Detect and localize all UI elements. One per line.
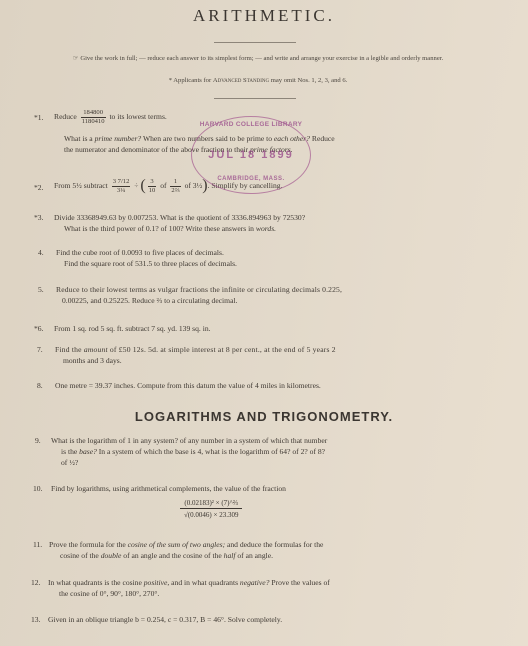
question-number: 5. [38, 285, 44, 296]
question-number: 12. [31, 578, 41, 589]
question-number: 11. [33, 540, 42, 551]
question-number: 13. [31, 615, 41, 626]
question-number: *3. [34, 213, 44, 224]
question-11: 11. Prove the formula for the cosine of … [33, 540, 493, 564]
logarithm-fraction: (0.02183)² × (7)^⅔ √(0.0046) × 23.309 [180, 499, 242, 519]
page-title: ARITHMETIC. [0, 6, 528, 26]
question-9: 9. What is the logarithm of 1 in any sys… [35, 436, 495, 472]
exam-page: ARITHMETIC. ☞ Give the work in full; — r… [0, 0, 528, 646]
question-4: 4. Find the cube root of 0.0093 to five … [38, 248, 498, 272]
question-number: 7. [37, 345, 43, 356]
fraction: 1848001180410 [81, 109, 106, 125]
question-1: *1. Reduce 1848001180410 to its lowest t… [34, 113, 494, 163]
question-13: 13. Given in an oblique triangle b = 0.2… [31, 615, 491, 627]
section-heading: LOGARITHMS AND TRIGONOMETRY. [0, 409, 528, 424]
question-number: 4. [38, 248, 44, 259]
question-number: *2. [34, 183, 44, 194]
advanced-standing-note: * Applicants for Advanced Standing may o… [34, 76, 482, 85]
question-8: 8. One metre = 39.37 inches. Compute fro… [37, 381, 497, 393]
question-number: *6. [34, 324, 44, 335]
question-6: *6. From 1 sq. rod 5 sq. ft. subtract 7 … [34, 324, 494, 336]
question-3: *3. Divide 33368949.63 by 0.007253. What… [34, 213, 494, 237]
question-10: 10. Find by logarithms, using arithmetic… [33, 484, 493, 496]
question-7: 7. Find the amount of £50 12s. 5d. at si… [37, 345, 497, 369]
instructions-text: ☞ Give the work in full; — reduce each a… [34, 54, 482, 63]
question-number: 8. [37, 381, 43, 392]
question-number: 10. [33, 484, 43, 495]
question-12: 12. In what quadrants is the cosine posi… [31, 578, 491, 602]
divider [214, 98, 296, 99]
question-number: 9. [35, 436, 41, 447]
question-2: *2. From 5½ subtract 3 7/123¼ ÷ (310 of … [34, 183, 494, 205]
question-number: *1. [34, 113, 44, 124]
divider [214, 42, 296, 43]
question-5: 5. Reduce to their lowest terms as vulga… [38, 285, 498, 309]
